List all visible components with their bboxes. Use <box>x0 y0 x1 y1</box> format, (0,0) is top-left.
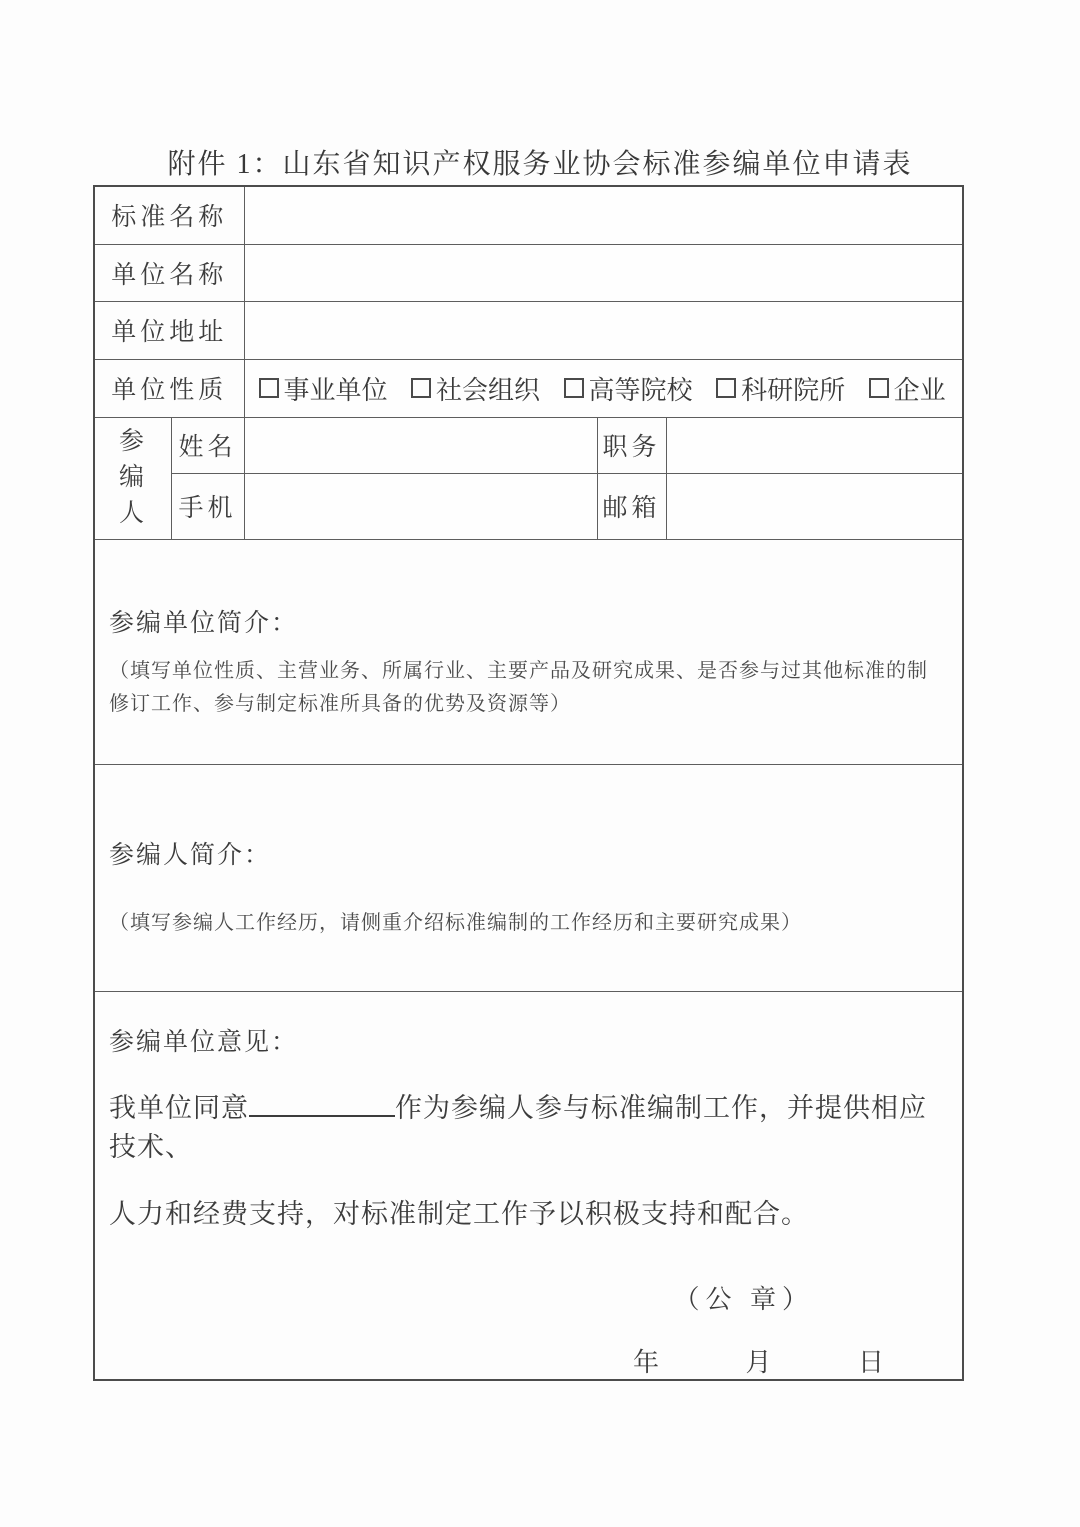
table-row: 标准名称 <box>94 186 963 244</box>
participant-position-label: 职务 <box>597 417 666 473</box>
checkbox-option-enterprise[interactable]: 企业 <box>869 370 946 407</box>
unit-opinion-section: 参编单位意见： 我单位同意作为参编人参与标准编制工作，并提供相应技术、 人力和经… <box>94 991 963 1380</box>
unit-intro-hint: （填写单位性质、主营业务、所属行业、主要产品及研究成果、是否参与过其他标准的制修… <box>109 655 946 721</box>
participant-email-field[interactable] <box>666 473 963 539</box>
checkbox-option-research-institute[interactable]: 科研院所 <box>716 370 845 407</box>
application-form-table: 标准名称 单位名称 单位地址 单位性质 事业单位 社会组织 高等院校 科研院所 … <box>93 185 964 1381</box>
checkbox-icon[interactable] <box>411 378 431 398</box>
unit-opinion-title: 参编单位意见： <box>109 1022 942 1058</box>
checkbox-icon[interactable] <box>259 378 279 398</box>
unit-intro-title: 参编单位简介： <box>109 603 946 639</box>
table-row: 单位名称 <box>94 244 963 301</box>
participant-name-field[interactable] <box>244 417 597 473</box>
table-row: 参编人简介： （填写参编人工作经历，请侧重介绍标准编制的工作经历和主要研究成果） <box>94 764 963 991</box>
checkbox-icon[interactable] <box>564 378 584 398</box>
checkbox-label: 高等院校 <box>589 370 693 407</box>
participant-intro-section[interactable]: 参编人简介： （填写参编人工作经历，请侧重介绍标准编制的工作经历和主要研究成果） <box>94 764 963 991</box>
unit-name-field[interactable] <box>244 244 963 301</box>
participant-mobile-field[interactable] <box>244 473 597 539</box>
unit-address-field[interactable] <box>244 301 963 359</box>
unit-intro-section[interactable]: 参编单位简介： （填写单位性质、主营业务、所属行业、主要产品及研究成果、是否参与… <box>94 539 963 764</box>
page-title: 附件 1：山东省知识产权服务业协会标准参编单位申请表 <box>0 142 1080 182</box>
date-month-label: 月 <box>745 1348 771 1377</box>
checkbox-option-social-org[interactable]: 社会组织 <box>411 370 540 407</box>
checkbox-label: 社会组织 <box>436 370 540 407</box>
table-row: 手机 邮箱 <box>94 473 963 539</box>
participant-name-label: 姓名 <box>171 417 244 473</box>
table-row: 参编人 姓名 职务 <box>94 417 963 473</box>
participant-intro-title: 参编人简介： <box>109 835 946 871</box>
opinion-sentence-line1: 我单位同意作为参编人参与标准编制工作，并提供相应技术、 <box>109 1086 942 1164</box>
opinion-prefix: 我单位同意 <box>109 1093 249 1123</box>
checkbox-option-institution[interactable]: 事业单位 <box>259 370 388 407</box>
scanned-form-page: 附件 1：山东省知识产权服务业协会标准参编单位申请表 标准名称 单位名称 单位地… <box>0 0 1080 1527</box>
unit-name-label: 单位名称 <box>94 244 244 301</box>
standard-name-field[interactable] <box>244 186 963 244</box>
unit-nature-options: 事业单位 社会组织 高等院校 科研院所 企业 <box>244 359 963 417</box>
unit-nature-label: 单位性质 <box>94 359 244 417</box>
table-row: 参编单位意见： 我单位同意作为参编人参与标准编制工作，并提供相应技术、 人力和经… <box>94 991 963 1380</box>
checkbox-icon[interactable] <box>716 378 736 398</box>
participant-intro-hint: （填写参编人工作经历，请侧重介绍标准编制的工作经历和主要研究成果） <box>109 907 946 940</box>
table-row: 参编单位简介： （填写单位性质、主营业务、所属行业、主要产品及研究成果、是否参与… <box>94 539 963 764</box>
date-year-label: 年 <box>633 1348 659 1377</box>
participant-name-blank[interactable] <box>249 1090 395 1117</box>
checkbox-option-university[interactable]: 高等院校 <box>564 370 693 407</box>
checkbox-label: 事业单位 <box>284 370 388 407</box>
checkbox-label: 科研院所 <box>741 370 845 407</box>
table-row: 单位地址 <box>94 301 963 359</box>
opinion-sentence-line2: 人力和经费支持，对标准制定工作予以积极支持和配合。 <box>109 1192 942 1231</box>
standard-name-label: 标准名称 <box>94 186 244 244</box>
checkbox-label: 企业 <box>894 370 946 407</box>
participant-position-field[interactable] <box>666 417 963 473</box>
official-seal-placeholder: （公 章） <box>109 1279 942 1316</box>
checkbox-icon[interactable] <box>869 378 889 398</box>
date-line: 年 月 日 <box>109 1342 942 1379</box>
date-day-label: 日 <box>858 1348 884 1377</box>
unit-address-label: 单位地址 <box>94 301 244 359</box>
participant-group-label: 参编人 <box>94 417 171 539</box>
table-row: 单位性质 事业单位 社会组织 高等院校 科研院所 企业 <box>94 359 963 417</box>
participant-email-label: 邮箱 <box>597 473 666 539</box>
participant-mobile-label: 手机 <box>171 473 244 539</box>
